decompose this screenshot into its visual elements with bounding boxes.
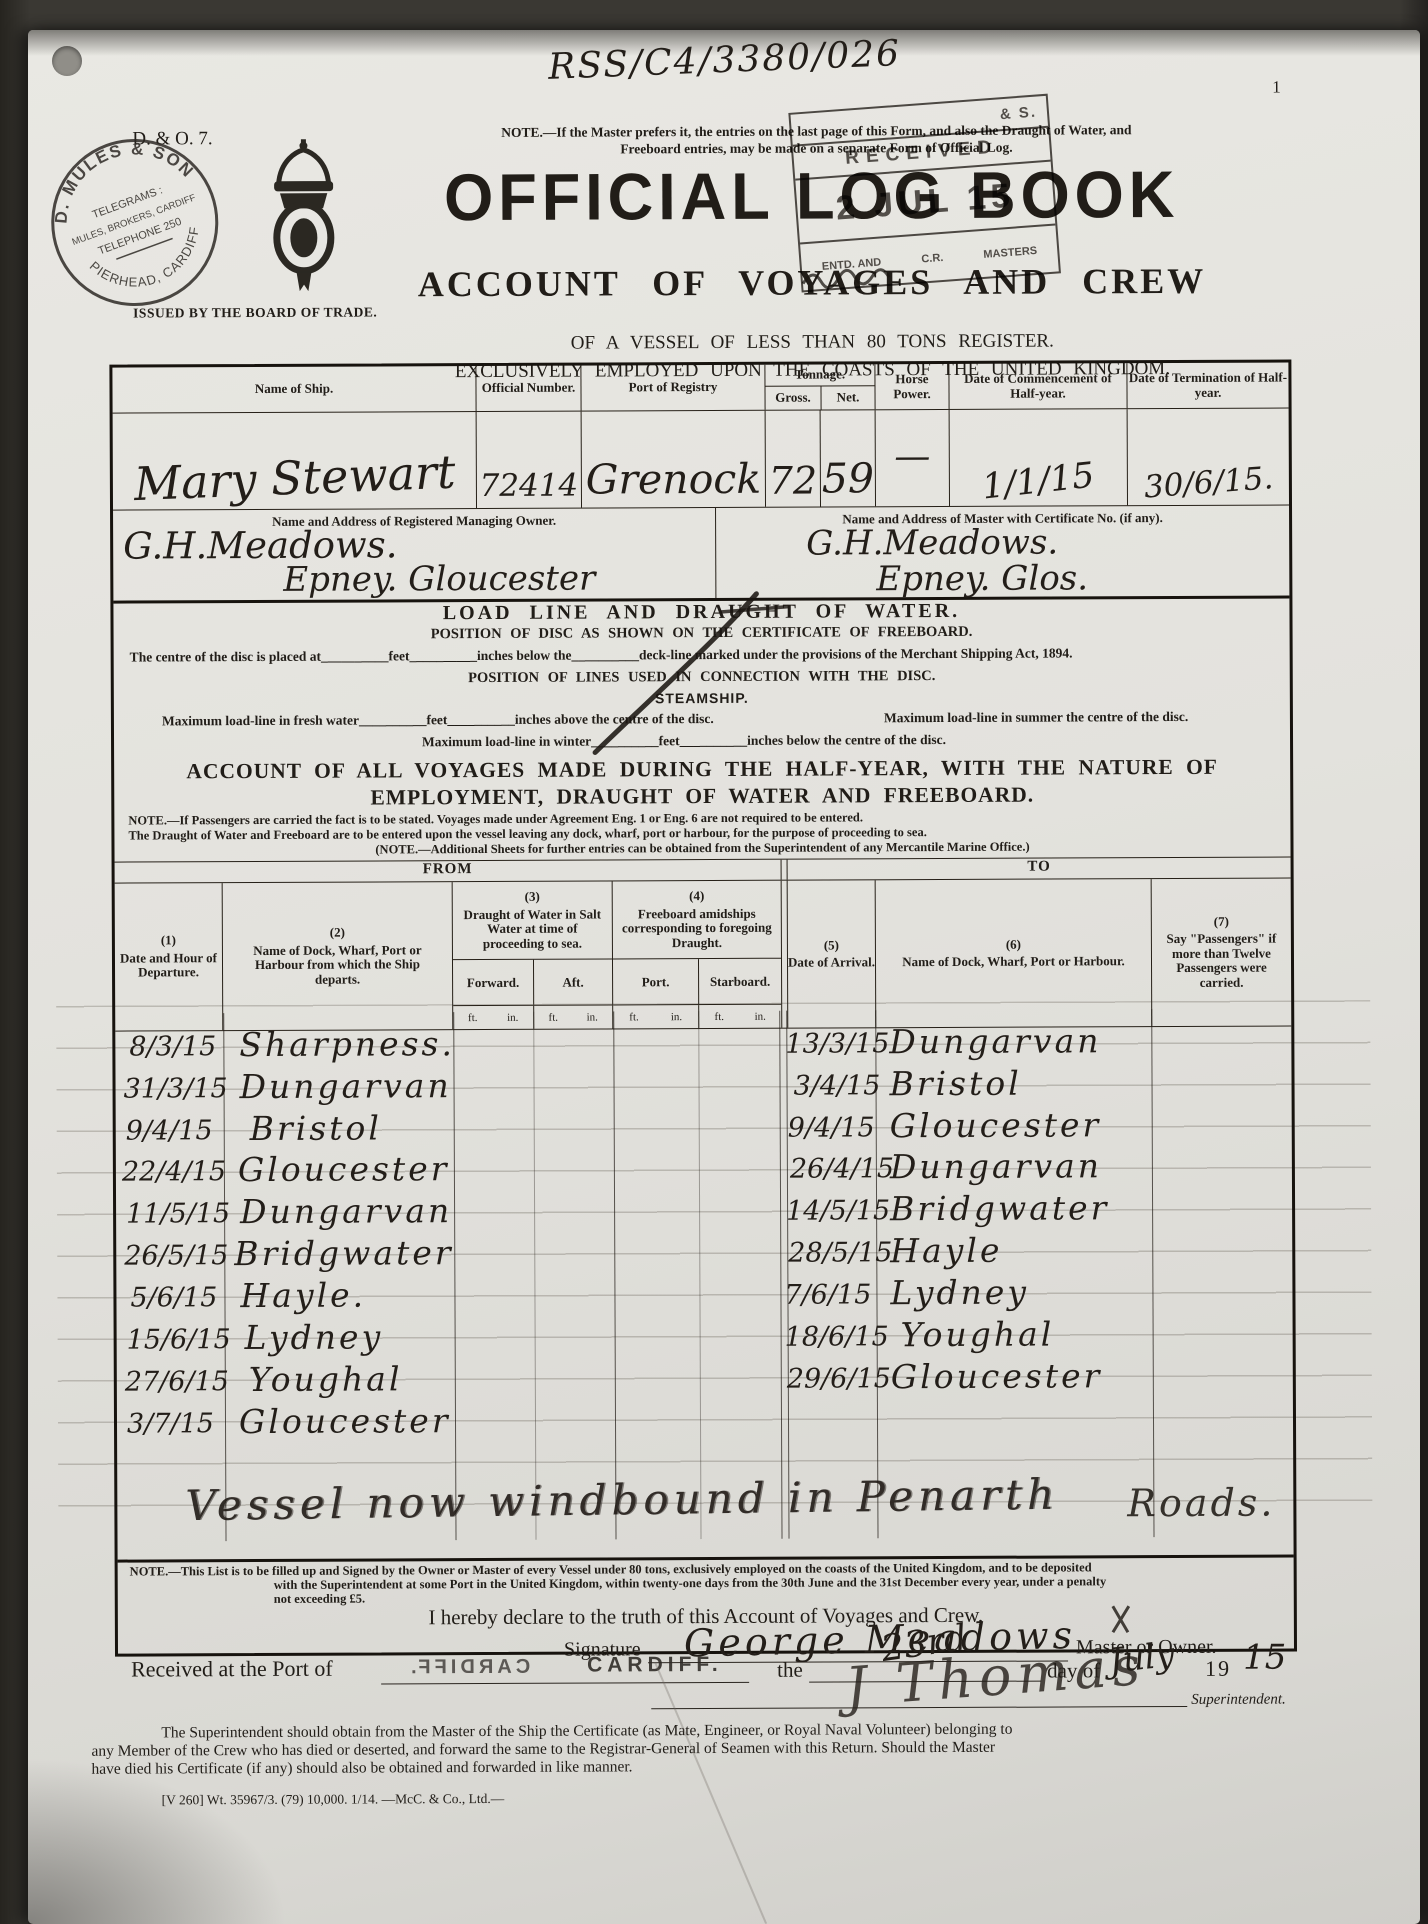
col4-label: Freeboard amidships corresponding to for… [613, 906, 781, 950]
year-handwritten: 15 [1243, 1638, 1286, 1678]
year-printed: 19 [1205, 1656, 1231, 1682]
header-gross: Gross. [765, 387, 821, 410]
departure-date: 8/3/15 [129, 1031, 216, 1062]
official-number-value: 72414 [480, 468, 579, 504]
voyages-heading-2: EMPLOYMENT, DRAUGHT OF WATER AND FREEBOA… [114, 781, 1290, 811]
col5-label: Date of Arrival. [788, 955, 875, 970]
arrival-port: Dungarvan [889, 1021, 1101, 1061]
vessel-note-handwritten: Vessel now windbound in Penarth [185, 1470, 1059, 1530]
the-label: the [777, 1658, 803, 1683]
departure-date: 9/4/15 [126, 1115, 213, 1146]
arrival-date: 18/6/15 [785, 1321, 889, 1352]
ft-label: ft. [468, 1012, 478, 1024]
departure-date: 27/6/15 [125, 1366, 229, 1397]
ft-label: ft. [715, 1010, 725, 1022]
arrival-port: Bristol [889, 1064, 1021, 1104]
received-stamp-line4a: ENTD. AND [821, 256, 881, 272]
gross-tonnage-value: 72 [769, 459, 818, 503]
summer-line: Maximum load-line in summer the centre o… [884, 709, 1188, 726]
departure-port: Gloucester [238, 1149, 450, 1189]
page-number: 1 [1272, 78, 1281, 98]
centre-disc-line: The centre of the disc is placed at_____… [130, 645, 1073, 665]
arrival-date: 13/3/15 [785, 1028, 889, 1059]
col3-number: (3) [453, 889, 612, 904]
col1-label: Date and Hour of Departure. [115, 951, 222, 980]
master-name: G.H.Meadows. [806, 522, 1058, 563]
departure-date: 5/6/15 [130, 1282, 217, 1313]
arrival-port: Gloucester [890, 1105, 1102, 1145]
departure-date: 3/7/15 [127, 1408, 214, 1439]
voyage-rows: 8/3/15 Sharpness. 13/3/15 Dungarvan 31/3… [121, 1024, 1293, 1469]
received-at-port-label: Received at the Port of [131, 1656, 333, 1683]
arrival-date: 29/6/15 [787, 1363, 891, 1394]
departure-port: Dungarvan [239, 1066, 451, 1106]
col4-number: (4) [613, 889, 781, 904]
header-tonnage-label: Tonnage. [765, 364, 874, 386]
col2-header: (2) Name of Dock, Wharf, Port or Harbour… [223, 882, 454, 1030]
ft-label: ft. [549, 1011, 559, 1023]
position-lines-line: POSITION OF LINES USED IN CONNECTION WIT… [114, 666, 1290, 688]
departure-port: Bridgwater [234, 1233, 453, 1273]
port-of-registry-value: Grenock [586, 455, 762, 504]
arrival-port: Lydney [890, 1273, 1029, 1313]
in-label: in. [507, 1011, 518, 1023]
fresh-water-line: Maximum load-line in fresh water________… [162, 711, 714, 729]
header-horse-power: Horse Power. [875, 364, 949, 409]
round-stamp-top-arc: D. MULES & SON [33, 117, 201, 230]
scanned-log-book-page: RSS/C4/3380/026 1 D. & O. 7. NOTE.—If th… [0, 0, 1428, 1924]
forward-label: Forward. [453, 960, 534, 1005]
master-cell: Name and Address of Master with Certific… [716, 505, 1289, 597]
vessel-line: OF A VESSEL OF LESS THAN 80 TONS REGISTE… [337, 329, 1287, 355]
col7-label: Say "Passengers" if more than Twelve Pas… [1152, 932, 1291, 991]
departure-port: Sharpness. [239, 1024, 455, 1064]
arrival-port: Youghal [901, 1315, 1055, 1355]
received-stamp-line4b: C.R. [921, 252, 944, 266]
arrival-date: 26/4/15 [790, 1153, 894, 1184]
cardiff-stamp-mirrored: CARDIFF. [407, 1656, 530, 1680]
archive-reference-handwritten: RSS/C4/3380/026 [547, 33, 901, 88]
col5-header: (5) Date of Arrival. [788, 880, 877, 1027]
departure-port: Dungarvan [240, 1191, 452, 1231]
col6-label: Name of Dock, Wharf, Port or Harbour. [888, 954, 1139, 970]
arrival-port: Dungarvan [890, 1146, 1102, 1186]
voyage-data-area: 8/3/15 Sharpness. 13/3/15 Dungarvan 31/3… [115, 1026, 1293, 1471]
departure-date: 22/4/15 [122, 1156, 226, 1187]
departure-port: Youghal [249, 1359, 403, 1399]
departure-port: Bristol [250, 1108, 382, 1148]
svg-text:D. MULES & SON: D. MULES & SON [33, 117, 201, 230]
net-tonnage-value: 59 [822, 454, 874, 502]
departure-date: 26/5/15 [124, 1240, 228, 1271]
header-termination: Date of Termination of Half-year. [1127, 362, 1288, 408]
steamship-label: STEAMSHIP. [114, 687, 1290, 708]
received-stamp-line4c: MASTERS [983, 245, 1038, 261]
col4-header: (4) Freeboard amidships corresponding to… [613, 881, 782, 1029]
header-net: Net. [821, 386, 874, 409]
arrival-port: Bridgwater [890, 1188, 1109, 1228]
scan-scratch [655, 1662, 766, 1924]
aft-label: Aft. [534, 959, 612, 1004]
departure-date: 31/3/15 [123, 1073, 227, 1104]
to-label: TO [788, 857, 1291, 879]
arrival-date: 9/4/15 [788, 1112, 875, 1143]
departure-port: Hayle. [240, 1276, 366, 1316]
col7-number: (7) [1214, 915, 1229, 930]
header-name-of-ship: Name of Ship. [112, 366, 476, 413]
header-port-of-registry: Port of Registry [581, 365, 765, 411]
header-tonnage: Tonnage. Gross. Net. [765, 364, 875, 409]
port-side-label: Port. [613, 959, 699, 1004]
crown-crest-emblem [258, 138, 349, 298]
termination-value: 30/6/15. [1143, 460, 1275, 505]
load-line-section: LOAD LINE AND DRAUGHT OF WATER. POSITION… [113, 598, 1290, 843]
mules-son-round-stamp: D. MULES & SON PIERHEAD, CARDIFF TELEGRA… [22, 110, 248, 336]
form-outer-box: Name of Ship. Official Number. Port of R… [109, 359, 1297, 1656]
closing-para-3: have died his Certificate (if any) shoul… [91, 1758, 632, 1778]
managing-owner-address: Epney. Gloucester [283, 559, 595, 600]
managing-owner-cell: Name and Address of Registered Managing … [113, 508, 716, 601]
col7-header: (7) Say "Passengers" if more than Twelve… [1152, 878, 1292, 1026]
arrival-date: 14/5/15 [786, 1195, 890, 1226]
ship-name-value: Mary Stewart [133, 445, 456, 512]
col2-number: (2) [330, 926, 345, 941]
departure-port: Gloucester [239, 1401, 451, 1441]
voyage-column-headers: (1) Date and Hour of Departure. (2) Name… [115, 878, 1292, 1031]
owner-master-row: Name and Address of Registered Managing … [113, 505, 1289, 603]
col2-label: Name of Dock, Wharf, Port or Harbour fro… [223, 943, 452, 987]
col3-label: Draught of Water in Salt Water at time o… [453, 907, 612, 951]
in-label: in. [587, 1011, 598, 1023]
col5-number: (5) [824, 938, 839, 953]
arrival-date: 7/6/15 [784, 1279, 871, 1310]
header-official-number: Official Number. [476, 366, 581, 411]
issued-by: ISSUED BY THE BOARD OF TRADE. [133, 304, 377, 321]
printer-imprint: [V 260] Wt. 35967/3. (79) 10,000. 1/14. … [162, 1791, 505, 1808]
col6-header: (6) Name of Dock, Wharf, Port or Harbour… [876, 879, 1153, 1027]
superintendent-label: Superintendent. [1191, 1692, 1286, 1709]
cardiff-stamp: CARDIFF. [587, 1653, 723, 1678]
ship-table-header-row: Name of Ship. Official Number. Port of R… [112, 362, 1288, 413]
arrival-port: Gloucester [891, 1356, 1103, 1396]
arrival-port: Hayle [890, 1231, 1002, 1270]
footer-note-2: with the Superintendent at some Port in … [274, 1574, 1107, 1593]
col3-header: (3) Draught of Water in Salt Water at ti… [453, 881, 614, 1029]
departure-port: Lydney [245, 1317, 384, 1357]
col1-header: (1) Date and Hour of Departure. [115, 883, 224, 1030]
scrawl-band: Vessel now windbound in Penarth Roads. [117, 1466, 1293, 1559]
port-line [381, 1682, 749, 1685]
in-label: in. [755, 1010, 766, 1022]
in-label: in. [671, 1011, 682, 1023]
commencement-value: 1/1/15 [980, 456, 1096, 508]
voyages-heading-1: ACCOUNT OF ALL VOYAGES MADE DURING THE H… [114, 754, 1290, 784]
ft-label: ft. [629, 1011, 639, 1023]
vessel-note-roads: Roads. [1127, 1481, 1275, 1526]
horse-power-value: — [894, 436, 930, 477]
winter-line: Maximum load-line in winter__________fee… [422, 732, 946, 750]
header-commencement: Date of Commencement of Half-year. [949, 363, 1127, 409]
ship-table-values-row: Mary Stewart 72414 Grenock 72 59 — 1/1/1… [113, 408, 1289, 510]
closing-para-2: any Member of the Crew who has died or d… [91, 1739, 995, 1761]
arrival-date: 3/4/15 [793, 1070, 880, 1101]
document-content: RSS/C4/3380/026 1 D. & O. 7. NOTE.—If th… [0, 0, 1428, 1924]
departure-date: 15/6/15 [127, 1324, 231, 1355]
col1-number: (1) [161, 934, 176, 949]
departure-date: 11/5/15 [126, 1198, 230, 1229]
starboard-label: Starboard. [699, 959, 781, 1004]
from-label: FROM [115, 860, 781, 883]
col6-number: (6) [1006, 937, 1021, 952]
received-stamp: & S. RECEIVED 2 JUL 15 ENTD. AND C.R. MA… [788, 94, 1061, 293]
master-address: Epney. Glos. [876, 558, 1088, 599]
